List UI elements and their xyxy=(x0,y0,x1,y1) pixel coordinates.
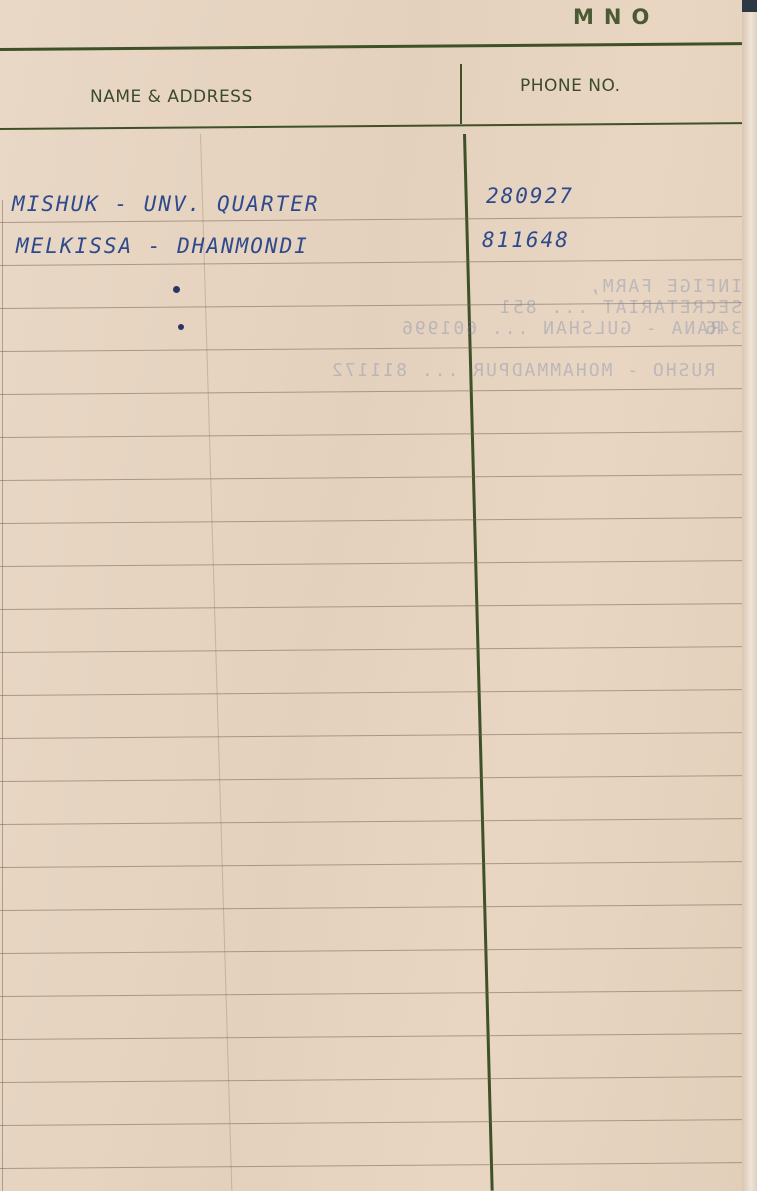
ruled-line xyxy=(0,861,742,868)
ruled-line xyxy=(0,1162,742,1169)
page-edge xyxy=(742,0,757,1191)
ruled-line xyxy=(0,474,742,481)
entry-name-address: MELKISSA - DHANMONDI xyxy=(16,234,309,258)
entry-phone: 811648 xyxy=(482,228,570,252)
ruled-line xyxy=(0,947,742,954)
address-book-page: MNO NAME & ADDRESS PHONE NO. INFIGE FARM… xyxy=(0,0,742,1191)
ink-dot xyxy=(173,286,180,293)
ruled-line xyxy=(0,603,742,610)
bleed-through-text: RUSHO - MOHAMMADPUR ... 811172 xyxy=(330,360,715,381)
bleed-through-text: RANA - GULSHAN ... 601996 xyxy=(400,318,721,339)
column-header-phone: PHONE NO. xyxy=(520,76,621,96)
ruled-line xyxy=(0,1119,742,1126)
ruled-line xyxy=(0,904,742,911)
ruled-line xyxy=(0,775,742,782)
ruled-line xyxy=(0,646,742,653)
ruled-line xyxy=(0,818,742,825)
entry-name-address: MISHUK - UNV. QUARTER xyxy=(12,192,320,216)
header-bottom-rule xyxy=(0,122,742,130)
ruled-line xyxy=(0,1033,742,1040)
ruled-line xyxy=(0,1076,742,1083)
column-header-name-address: NAME & ADDRESS xyxy=(90,87,253,107)
section-letters: MNO xyxy=(573,5,659,29)
ink-dot xyxy=(178,324,184,330)
header-top-rule xyxy=(0,42,742,51)
ruled-line xyxy=(0,259,742,266)
entry-phone: 280927 xyxy=(486,184,574,208)
page-edge-shadow xyxy=(742,0,757,12)
ruled-line xyxy=(0,990,742,997)
ruled-line xyxy=(0,345,742,352)
ruled-line xyxy=(0,732,742,739)
faint-column-guide xyxy=(200,134,232,1191)
ruled-line xyxy=(0,431,742,438)
ruled-line xyxy=(0,517,742,524)
header-column-divider xyxy=(460,64,462,124)
ruled-line xyxy=(0,216,742,223)
ruled-line xyxy=(0,689,742,696)
ruled-line xyxy=(0,388,742,395)
ruled-line xyxy=(0,560,742,567)
